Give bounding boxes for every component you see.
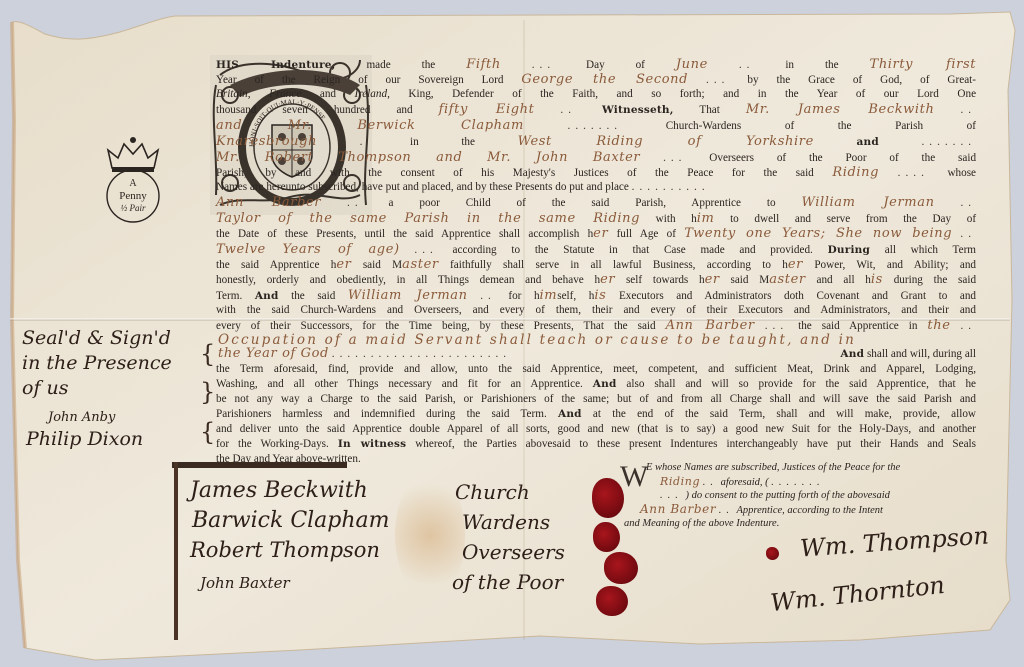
text: by the Grace of God, of Great-: [747, 74, 976, 86]
text: said M: [730, 274, 769, 286]
svg-text:Penny: Penny: [119, 190, 147, 202]
signatory-name: James Beckwith: [190, 478, 368, 503]
handwritten-pronoun: is: [871, 272, 883, 287]
body-line-27: for the Working-Days. In witness whereof…: [216, 437, 976, 452]
text: Parishioners harmless and indemnified du…: [216, 408, 547, 420]
signatory-role: Church: [455, 480, 530, 504]
handwritten-day: Fifth: [466, 57, 501, 72]
wax-seal: [596, 586, 628, 616]
body-line-25: Parishioners harmless and indemnified du…: [216, 407, 976, 422]
justices-line-1: E whose Names are subscribed, Justices o…: [646, 460, 900, 475]
witness-signature-1: John Anby: [48, 410, 115, 425]
text: Executors and Administrators doth Covena…: [619, 290, 976, 302]
body-line-3: Britain, France and Ireland, King, Defen…: [216, 87, 976, 102]
text: self, h: [557, 290, 594, 302]
justices-line-3: ... ) do consent to the putting forth of…: [660, 488, 890, 503]
text: all which Term: [885, 244, 976, 256]
indenture-heading: HIS Indenture,: [216, 59, 336, 71]
text: whereof, the Parties abovesaid to these …: [415, 438, 976, 450]
text: every of their Successors, for the Time …: [216, 320, 656, 332]
handwritten-pronoun: im: [697, 211, 715, 226]
handwritten-apprentice-name: Ann Barber: [216, 195, 321, 210]
body-line-26: and deliver unto the said Apprentice dou…: [216, 422, 976, 437]
handwritten-full-age: Twenty one Years; She now being: [684, 226, 952, 241]
handwritten-pronoun: er: [600, 272, 615, 287]
handwritten-apprentice-name: Ann Barber: [640, 502, 716, 516]
signatory-name: John Baxter: [200, 574, 290, 592]
wax-seal: [593, 522, 620, 552]
text: Witnesseth,: [602, 104, 674, 116]
handwritten-parish: Knaresbrough: [216, 134, 317, 149]
text: And: [558, 408, 582, 420]
handwritten-sovereign: George the Second: [521, 72, 688, 87]
text: the said: [291, 290, 335, 302]
text: at the end of the said Term, shall and w…: [593, 408, 976, 420]
text: Ireland,: [355, 88, 390, 100]
text: That: [699, 104, 720, 116]
body-line-24: be not any way a Charge to the said Pari…: [216, 392, 976, 407]
witness-signature-2: Philip Dixon: [26, 428, 143, 450]
handwritten-riding-2: Riding: [832, 165, 879, 180]
text: according to the Statute in that Case ma…: [453, 244, 813, 256]
handwritten-warden-1: Mr. James Beckwith: [746, 102, 935, 117]
signatory-role: Wardens: [462, 510, 550, 534]
text: Overseers of the Poor of the said: [709, 152, 976, 164]
text: a poor Child of the said Parish, Apprent…: [389, 197, 776, 209]
text: for the Working-Days.: [216, 438, 329, 450]
text: thousand seven hundred and: [216, 104, 413, 116]
body-line-11: Taylor of the same Parish in the same Ri…: [216, 211, 976, 227]
text: the Term aforesaid, find, provide and al…: [216, 363, 976, 375]
body-line-7: Mr. Robert Thompson and Mr. John Baxter …: [216, 150, 976, 166]
text: and deliver unto the said Apprentice dou…: [216, 423, 976, 435]
text: Church-Wardens of the Parish of: [666, 120, 976, 132]
text: and all h: [817, 274, 871, 286]
handwritten-riding: West Riding of Yorkshire: [518, 134, 814, 149]
body-line-6: Knaresbrough . in the West Riding of Yor…: [216, 134, 976, 150]
handwritten-apprentice-name: Ann Barber: [666, 318, 755, 333]
drop-cap-w: W: [620, 462, 648, 492]
text: Year of the Reign of our Sovereign Lord: [216, 74, 503, 86]
text: with h: [656, 213, 697, 225]
indenture-document: A Penny ½ Pair HONI·SOIT·QUI·MAL·Y·PENSE…: [0, 0, 1024, 667]
signature-box-rule: [172, 462, 347, 468]
text: In witness: [338, 438, 406, 450]
witness-note: Seal'd & Sign'd in the Presence of us: [22, 326, 172, 401]
witness-note-line: of us: [22, 376, 172, 401]
body-line-4: thousand seven hundred and fifty Eight .…: [216, 102, 976, 118]
text: Term.: [216, 290, 242, 302]
text: be not any way a Charge to the said Pari…: [216, 393, 976, 405]
text: and: [856, 136, 878, 148]
text: self towards h: [626, 274, 705, 286]
text: and: [320, 88, 336, 100]
wax-seal-small: [766, 547, 779, 560]
handwritten-text: the Year of God: [218, 346, 329, 361]
brace: }: [200, 378, 215, 406]
wax-seal: [604, 552, 638, 584]
body-line-5: and Mr. Berwick Clapham ....... Church-W…: [216, 118, 976, 134]
text: the said Apprentice h: [216, 259, 336, 271]
text: During: [828, 244, 870, 256]
brace: {: [200, 340, 215, 368]
text: shall and will, during all: [867, 348, 976, 360]
text: Power, Wit, and Ability; and: [814, 259, 976, 271]
signatory-name: Barwick Clapham: [192, 508, 390, 533]
body-line-23: Washing, and all other Things necessary …: [216, 377, 976, 392]
handwritten-month: June: [676, 57, 708, 72]
handwritten-pronoun: er: [593, 226, 608, 241]
text: also shall and will so provide for the s…: [626, 378, 976, 390]
text: Washing, and all other Things necessary …: [216, 378, 583, 390]
signatory-role: Overseers: [462, 540, 565, 564]
handwritten-master-name: William Jerman: [802, 195, 935, 210]
handwritten-master: aster: [769, 272, 806, 287]
text: made the: [366, 59, 435, 71]
svg-text:A: A: [129, 178, 137, 189]
handwritten-pronoun: er: [705, 272, 720, 287]
handwritten-master-trade: Taylor of the same Parish in the same Ri…: [216, 211, 640, 226]
text: with the said Church-Wardens and Oversee…: [216, 304, 976, 316]
body-line-21: And shall and will, during all: [840, 347, 976, 362]
body-line-14: the said Apprentice her said Master fait…: [216, 257, 976, 273]
tax-stamp: A Penny ½ Pair: [100, 132, 166, 224]
body-line-12: the Date of these Presents, until the sa…: [216, 226, 976, 242]
body-line-9: Names are hereunto subscribed, have put …: [216, 180, 976, 195]
handwritten-master: aster: [402, 257, 439, 272]
handwritten-current-age: Twelve Years of age): [216, 242, 400, 257]
handwritten-warden-2: and Mr. Berwick Clapham: [216, 118, 524, 133]
handwritten-pronoun: er: [336, 257, 351, 272]
body-line-22: the Term aforesaid, find, provide and al…: [216, 362, 976, 377]
handwritten-pronoun: is: [594, 288, 606, 303]
body-line-1: HIS Indenture, made the Fifth ... Day of…: [216, 57, 976, 73]
svg-text:½ Pair: ½ Pair: [120, 203, 145, 213]
body-line-13: Twelve Years of age) ... according to th…: [216, 242, 976, 258]
handwritten-pronoun: er: [788, 257, 803, 272]
text: the said Apprentice in: [798, 320, 917, 332]
text: And: [840, 348, 864, 360]
handwritten-riding: Riding: [660, 475, 700, 488]
handwritten-overseers: Mr. Robert Thompson and Mr. John Baxter: [216, 150, 640, 165]
text: during the said: [894, 274, 976, 286]
text: Apprentice, according to the Intent: [736, 505, 882, 516]
body-line-17: with the said Church-Wardens and Oversee…: [216, 303, 976, 318]
signatory-role: of the Poor: [452, 570, 563, 594]
body-line-2: Year of the Reign of our Sovereign Lord …: [216, 72, 976, 88]
text: King, Defender of the Faith, and so fort…: [408, 88, 976, 100]
text: for h: [508, 290, 539, 302]
body-line-16: Term. And the said William Jerman .. for…: [216, 288, 976, 304]
justices-line-5: and Meaning of the above Indenture.: [624, 516, 779, 531]
handwritten-master-name: William Jerman: [348, 288, 468, 303]
text: Britain, France: [216, 88, 301, 100]
text: aforesaid, (: [721, 477, 769, 488]
handwritten-year: fifty Eight: [439, 102, 535, 117]
text: to dwell and serve from the Day of: [730, 213, 976, 225]
text: honestly, orderly and obediently, in all…: [216, 274, 600, 286]
handwritten-pronoun: im: [540, 288, 558, 303]
text: ) do consent to the putting forth of the…: [686, 490, 890, 501]
body-line-10: Ann Barber .. a poor Child of the said P…: [216, 195, 976, 211]
handwritten-regnal-year: Thirty first: [870, 57, 977, 72]
body-line-15: honestly, orderly and obediently, in all…: [216, 272, 976, 288]
text: in the: [785, 59, 838, 71]
signatory-name: Robert Thompson: [190, 538, 380, 562]
text: faithfully shall serve in all lawful Bus…: [450, 259, 788, 271]
brace: {: [200, 418, 215, 446]
body-line-8: Parish, by and with the consent of his M…: [216, 165, 976, 181]
text: the Date of these Presents, until the sa…: [216, 228, 593, 240]
text: And: [255, 290, 279, 302]
handwritten-text: the: [927, 318, 950, 333]
text: full Age of: [617, 228, 676, 240]
text: Names are hereunto subscribed, have put …: [216, 181, 629, 193]
witness-note-line: Seal'd & Sign'd: [22, 326, 172, 351]
text: And: [593, 378, 617, 390]
text: whose: [947, 167, 976, 179]
text: Parish, by and with the consent of his M…: [216, 167, 814, 179]
body-line-20: the Year of God .......................: [218, 346, 511, 362]
text: in the: [410, 136, 475, 148]
text: Day of: [586, 59, 645, 71]
witness-note-line: in the Presence: [22, 351, 172, 376]
signature-box-rule: [174, 462, 178, 640]
text: said M: [363, 259, 402, 271]
